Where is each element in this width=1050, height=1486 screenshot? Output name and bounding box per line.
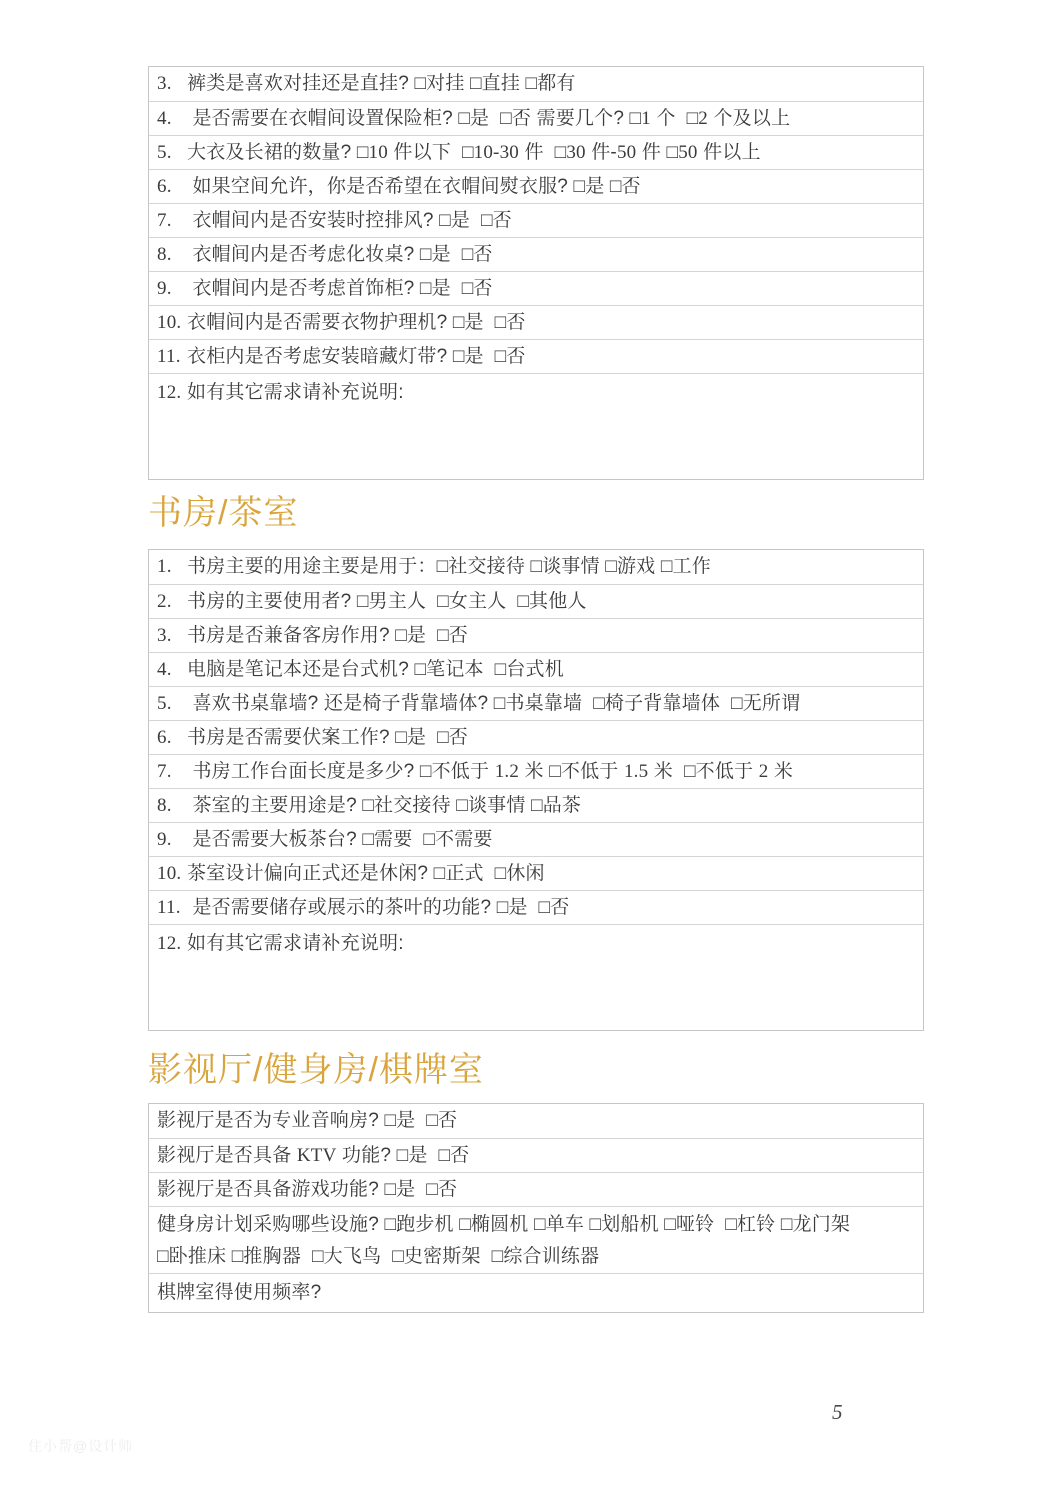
question-number: 3. bbox=[157, 619, 187, 652]
question-row: 4.电脑是笔记本还是台式机? □笔记本 □台式机 bbox=[149, 652, 923, 686]
question-number: 3. bbox=[157, 67, 187, 100]
question-row: 11. 是否需要储存或展示的茶叶的功能? □是 □否 bbox=[149, 890, 923, 924]
question-text: 衣帽间内是否考虑化妆桌? □是 □否 bbox=[187, 244, 493, 265]
question-number: 2. bbox=[157, 585, 187, 618]
question-number: 8. bbox=[157, 238, 187, 271]
question-number: 11. bbox=[157, 891, 187, 924]
question-number: 7. bbox=[157, 755, 187, 788]
question-row: 2.书房的主要使用者? □男主人 □女主人 □其他人 bbox=[149, 584, 923, 618]
question-text: 影视厅是否具备游戏功能? □是 □否 bbox=[157, 1179, 457, 1200]
question-number: 8. bbox=[157, 789, 187, 822]
question-row: 6. 如果空间允许，你是否希望在衣帽间熨衣服? □是 □否 bbox=[149, 169, 923, 203]
section-title-study-tearoom: 书房/茶室 bbox=[148, 491, 924, 535]
question-text: 健身房计划采购哪些设施? □跑步机 □椭圆机 □单车 □划船机 □哑铃 □杠铃 … bbox=[157, 1214, 850, 1267]
question-number: 4. bbox=[157, 102, 187, 135]
question-number: 6. bbox=[157, 170, 187, 203]
theater-gym-chess-questions-table: 影视厅是否为专业音响房? □是 □否影视厅是否具备 KTV 功能? □是 □否影… bbox=[148, 1103, 924, 1313]
question-text: 裤类是喜欢对挂还是直挂? □对挂 □直挂 □都有 bbox=[187, 73, 576, 94]
question-text: 衣柜内是否考虑安装暗藏灯带? □是 □否 bbox=[187, 346, 526, 367]
section-title-theater-gym-chess: 影视厅/健身房/棋牌室 bbox=[148, 1048, 924, 1092]
question-row: 棋牌室得使用频率? bbox=[149, 1273, 923, 1312]
study-tearoom-questions-table: 1.书房主要的用途主要是用于：□社交接待 □谈事情 □游戏 □工作2.书房的主要… bbox=[148, 549, 924, 1031]
question-number: 10. bbox=[157, 857, 187, 890]
question-text: 影视厅是否具备 KTV 功能? □是 □否 bbox=[157, 1145, 469, 1166]
question-row: 12.如有其它需求请补充说明: bbox=[149, 373, 923, 479]
question-number: 12. bbox=[157, 927, 187, 960]
question-row: 9. 是否需要大板茶台? □需要 □不需要 bbox=[149, 822, 923, 856]
question-number: 12. bbox=[157, 376, 187, 409]
cloakroom-questions-table: 3.裤类是喜欢对挂还是直挂? □对挂 □直挂 □都有4. 是否需要在衣帽间设置保… bbox=[148, 66, 924, 480]
question-row: 5. 喜欢书桌靠墙? 还是椅子背靠墙体? □书桌靠墙 □椅子背靠墙体 □无所谓 bbox=[149, 686, 923, 720]
question-row: 3.书房是否兼备客房作用? □是 □否 bbox=[149, 618, 923, 652]
question-row: 6.书房是否需要伏案工作? □是 □否 bbox=[149, 720, 923, 754]
document-page-content: 3.裤类是喜欢对挂还是直挂? □对挂 □直挂 □都有4. 是否需要在衣帽间设置保… bbox=[148, 0, 924, 1313]
question-text: 书房主要的用途主要是用于：□社交接待 □谈事情 □游戏 □工作 bbox=[187, 556, 711, 577]
question-row: 7. 书房工作台面长度是多少? □不低于 1.2 米 □不低于 1.5 米 □不… bbox=[149, 754, 923, 788]
question-row: 3.裤类是喜欢对挂还是直挂? □对挂 □直挂 □都有 bbox=[149, 67, 923, 101]
question-text: 衣帽间内是否考虑首饰柜? □是 □否 bbox=[187, 278, 493, 299]
question-row: 5.大衣及长裙的数量? □10 件以下 □10-30 件 □30 件-50 件 … bbox=[149, 135, 923, 169]
question-number: 4. bbox=[157, 653, 187, 686]
question-row: 10.茶室设计偏向正式还是休闲? □正式 □休闲 bbox=[149, 856, 923, 890]
question-text: 书房是否需要伏案工作? □是 □否 bbox=[187, 727, 468, 748]
question-number: 10. bbox=[157, 306, 187, 339]
watermark: 住小帮@设计师 bbox=[28, 1436, 133, 1456]
question-text: 大衣及长裙的数量? □10 件以下 □10-30 件 □30 件-50 件 □5… bbox=[187, 142, 761, 163]
question-row: 8. 衣帽间内是否考虑化妆桌? □是 □否 bbox=[149, 237, 923, 271]
question-row: 影视厅是否为专业音响房? □是 □否 bbox=[149, 1104, 923, 1138]
question-text: 是否需要储存或展示的茶叶的功能? □是 □否 bbox=[187, 897, 569, 918]
question-row: 影视厅是否具备游戏功能? □是 □否 bbox=[149, 1172, 923, 1206]
question-text: 书房的主要使用者? □男主人 □女主人 □其他人 bbox=[187, 591, 587, 612]
question-text: 如有其它需求请补充说明: bbox=[187, 382, 404, 403]
question-row: 11.衣柜内是否考虑安装暗藏灯带? □是 □否 bbox=[149, 339, 923, 373]
question-row: 8. 茶室的主要用途是? □社交接待 □谈事情 □品茶 bbox=[149, 788, 923, 822]
question-row: 健身房计划采购哪些设施? □跑步机 □椭圆机 □单车 □划船机 □哑铃 □杠铃 … bbox=[149, 1206, 923, 1273]
question-text: 书房工作台面长度是多少? □不低于 1.2 米 □不低于 1.5 米 □不低于 … bbox=[187, 761, 793, 782]
question-text: 如有其它需求请补充说明: bbox=[187, 933, 404, 954]
question-text: 影视厅是否为专业音响房? □是 □否 bbox=[157, 1110, 457, 1131]
question-number: 5. bbox=[157, 687, 187, 720]
question-text: 喜欢书桌靠墙? 还是椅子背靠墙体? □书桌靠墙 □椅子背靠墙体 □无所谓 bbox=[187, 693, 800, 714]
question-text: 茶室的主要用途是? □社交接待 □谈事情 □品茶 bbox=[187, 795, 581, 816]
question-row: 1.书房主要的用途主要是用于：□社交接待 □谈事情 □游戏 □工作 bbox=[149, 550, 923, 584]
question-row: 12.如有其它需求请补充说明: bbox=[149, 924, 923, 1030]
question-number: 6. bbox=[157, 721, 187, 754]
question-row: 9. 衣帽间内是否考虑首饰柜? □是 □否 bbox=[149, 271, 923, 305]
question-text: 书房是否兼备客房作用? □是 □否 bbox=[187, 625, 468, 646]
question-row: 7. 衣帽间内是否安装时控排风? □是 □否 bbox=[149, 203, 923, 237]
question-number: 9. bbox=[157, 272, 187, 305]
question-text: 茶室设计偏向正式还是休闲? □正式 □休闲 bbox=[187, 863, 545, 884]
question-number: 1. bbox=[157, 550, 187, 583]
question-text: 电脑是笔记本还是台式机? □笔记本 □台式机 bbox=[187, 659, 564, 680]
question-text: 是否需要大板茶台? □需要 □不需要 bbox=[187, 829, 493, 850]
question-row: 4. 是否需要在衣帽间设置保险柜? □是 □否 需要几个? □1 个 □2 个及… bbox=[149, 101, 923, 135]
question-text: 衣帽间内是否安装时控排风? □是 □否 bbox=[187, 210, 512, 231]
question-row: 10.衣帽间内是否需要衣物护理机? □是 □否 bbox=[149, 305, 923, 339]
question-text: 是否需要在衣帽间设置保险柜? □是 □否 需要几个? □1 个 □2 个及以上 bbox=[187, 108, 790, 129]
question-number: 11. bbox=[157, 340, 187, 373]
question-text: 如果空间允许，你是否希望在衣帽间熨衣服? □是 □否 bbox=[187, 176, 641, 197]
question-number: 5. bbox=[157, 136, 187, 169]
question-text: 衣帽间内是否需要衣物护理机? □是 □否 bbox=[187, 312, 526, 333]
page-number: 5 bbox=[832, 1400, 843, 1425]
question-row: 影视厅是否具备 KTV 功能? □是 □否 bbox=[149, 1138, 923, 1172]
question-number: 7. bbox=[157, 204, 187, 237]
question-number: 9. bbox=[157, 823, 187, 856]
question-text: 棋牌室得使用频率? bbox=[157, 1282, 321, 1303]
